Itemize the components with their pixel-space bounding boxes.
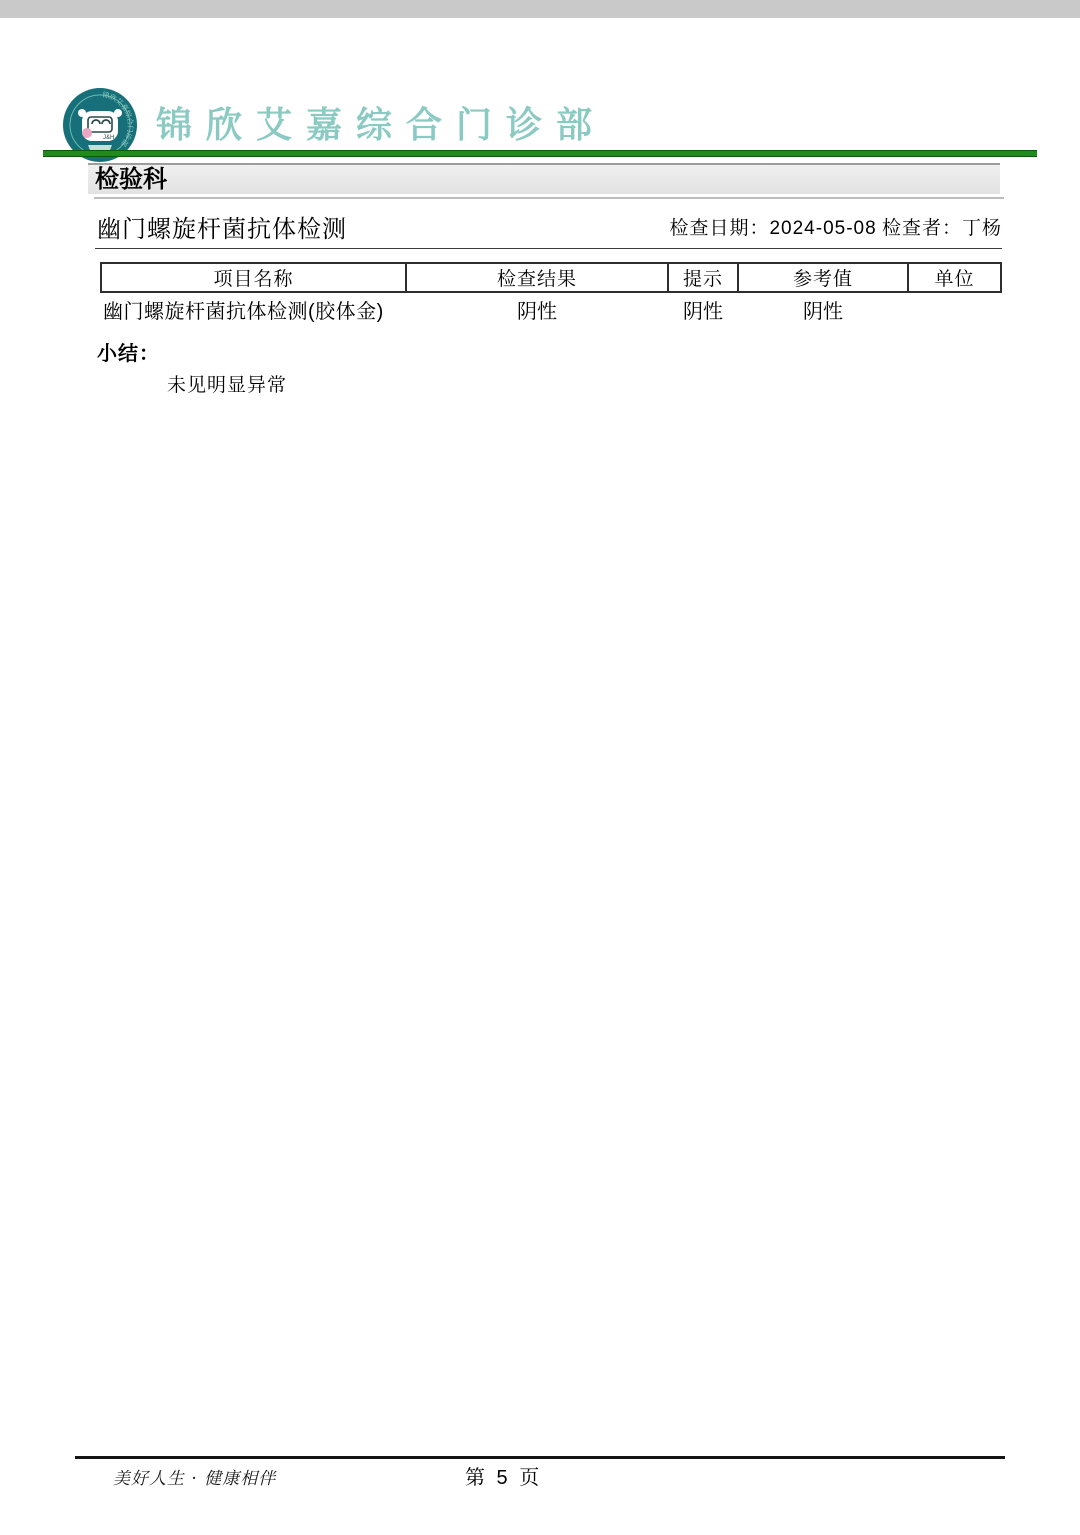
department-header-shadow [94,197,1004,199]
title-divider-line [95,248,1002,249]
col-header-unit: 单位 [908,263,1001,292]
col-header-reference: 参考值 [738,263,908,292]
exam-date-label: 检查日期： [669,218,769,239]
examiner-label: 检查者： [882,218,962,239]
footer-slogan: 美好人生 · 健康相伴 [113,1464,276,1489]
report-page: { "header": { "clinic_name": "锦欣艾嘉综合门诊部"… [0,0,1080,1535]
clinic-name: 锦欣艾嘉综合门诊部 [156,97,606,148]
logo-badge-text: J&H [103,135,114,141]
report-title-row: 幽门螺旋杆菌抗体检测 检查日期：2024-05-08 检查者：丁杨 [97,207,1002,245]
cell-unit [908,292,1001,326]
examiner-value: 丁杨 [962,218,1002,239]
result-table-header: 项目名称 检查结果 提示 参考值 单位 [101,263,1001,292]
exam-date-value: 2024-05-08 [769,218,876,239]
report-title: 幽门螺旋杆菌抗体检测 [97,209,347,244]
footer-divider [75,1456,1005,1459]
result-table: 项目名称 检查结果 提示 参考值 单位 幽门螺旋杆菌抗体检测(胶体金) 阴性 阴… [100,262,1002,326]
col-header-result: 检查结果 [406,263,668,292]
cell-hint: 阴性 [668,292,738,326]
cell-result: 阴性 [406,292,668,326]
summary-text: 未见明显异常 [167,370,287,397]
cell-item-name: 幽门螺旋杆菌抗体检测(胶体金) [101,292,406,326]
page-number: 第 5 页 [465,1461,542,1490]
col-header-item-name: 项目名称 [101,263,406,292]
department-header: 检验科 [88,163,1000,194]
summary-label: 小结： [97,337,160,366]
top-scan-bar [0,0,1080,18]
header-divider [43,150,1037,157]
col-header-hint: 提示 [668,263,738,292]
table-row: 幽门螺旋杆菌抗体检测(胶体金) 阴性 阴性 阴性 [101,292,1001,326]
cell-reference: 阴性 [738,292,908,326]
exam-meta: 检查日期：2024-05-08 检查者：丁杨 [669,213,1002,240]
